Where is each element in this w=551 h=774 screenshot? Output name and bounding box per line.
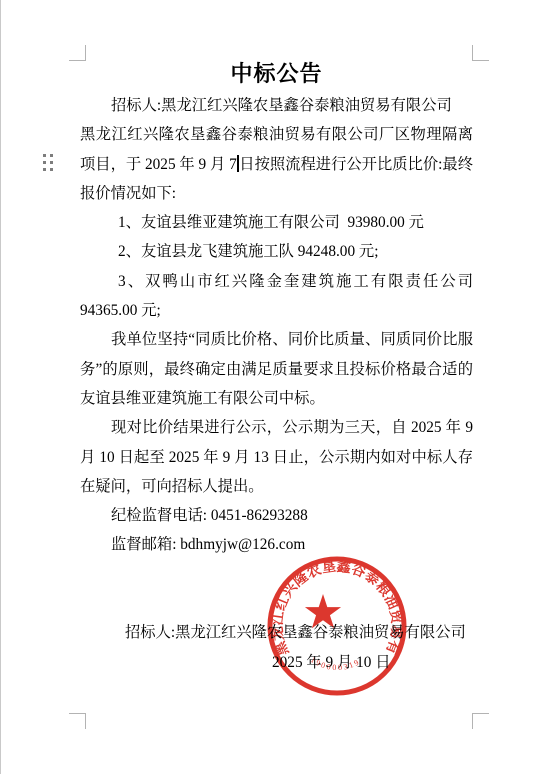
seal-serial-number: 190000319 [309,655,362,672]
line-publicity-3[interactable]: 在疑问，可向招标人提出。 [80,472,473,501]
margin-crop-mark-bottom-left [69,713,86,729]
line-principle-2[interactable]: 务”的原则，最终确定由满足质量要求且投标价格最合适的 [80,355,473,384]
line-project-2[interactable]: 项目，于 2025 年 9 月 7日按照流程进行公开比质比价:最终 [80,150,473,179]
window-left-edge [0,0,1,774]
svg-text:黑龙江红兴隆农垦鑫谷泰粮油贸易有限公司: 黑龙江红兴隆农垦鑫谷泰粮油贸易有限公司 [261,550,405,658]
text-before-caret: 项目，于 2025 年 9 月 7 [80,156,237,173]
line-bidder[interactable]: 招标人:黑龙江红兴隆农垦鑫谷泰粮油贸易有限公司 [80,91,473,120]
line-bid-item-3[interactable]: 3、双鸭山市红兴隆金奎建筑施工有限责任公司 [80,267,473,296]
line-bid-item-3-wrap[interactable]: 94365.00 元; [80,296,473,325]
line-project-1[interactable]: 黑龙江红兴隆农垦鑫谷泰粮油贸易有限公司厂区物理隔离 [80,120,473,149]
line-bid-item-1[interactable]: 1、友谊县维亚建筑施工有限公司 93980.00 元 [80,208,473,237]
svg-text:190000319: 190000319 [309,655,362,672]
line-principle-1[interactable]: 我单位坚持“同质比价格、同价比质量、同质同价比服 [80,325,473,354]
line-principle-3[interactable]: 友谊县维亚建筑施工有限公司中标。 [80,384,473,413]
line-quote-intro[interactable]: 报价情况如下: [80,179,473,208]
line-supervision-phone[interactable]: 纪检监督电话: 0451-86293288 [80,501,473,530]
text-after-caret: 日按照流程进行公开比质比价:最终 [239,156,473,173]
margin-crop-mark-bottom-right [472,713,489,729]
paragraph-drag-handle-icon[interactable] [43,154,53,171]
seal-outer-ring [270,559,404,693]
line-bid-item-2[interactable]: 2、友谊县龙飞建筑施工队 94248.00 元; [80,237,473,266]
company-seal-stamp[interactable]: 黑龙江红兴隆农垦鑫谷泰粮油贸易有限公司 190000319 [261,550,413,702]
seal-ring-text: 黑龙江红兴隆农垦鑫谷泰粮油贸易有限公司 [261,550,405,658]
margin-crop-mark-top-right [472,45,489,61]
line-publicity-2[interactable]: 月 10 日起至 2025 年 9 月 13 日止，公示期内如对中标人存 [80,443,473,472]
line-publicity-1[interactable]: 现对比价结果进行公示，公示期为三天，自 2025 年 9 [80,413,473,442]
seal-star-icon [305,594,341,628]
document-title[interactable]: 中标公告 [80,56,473,91]
